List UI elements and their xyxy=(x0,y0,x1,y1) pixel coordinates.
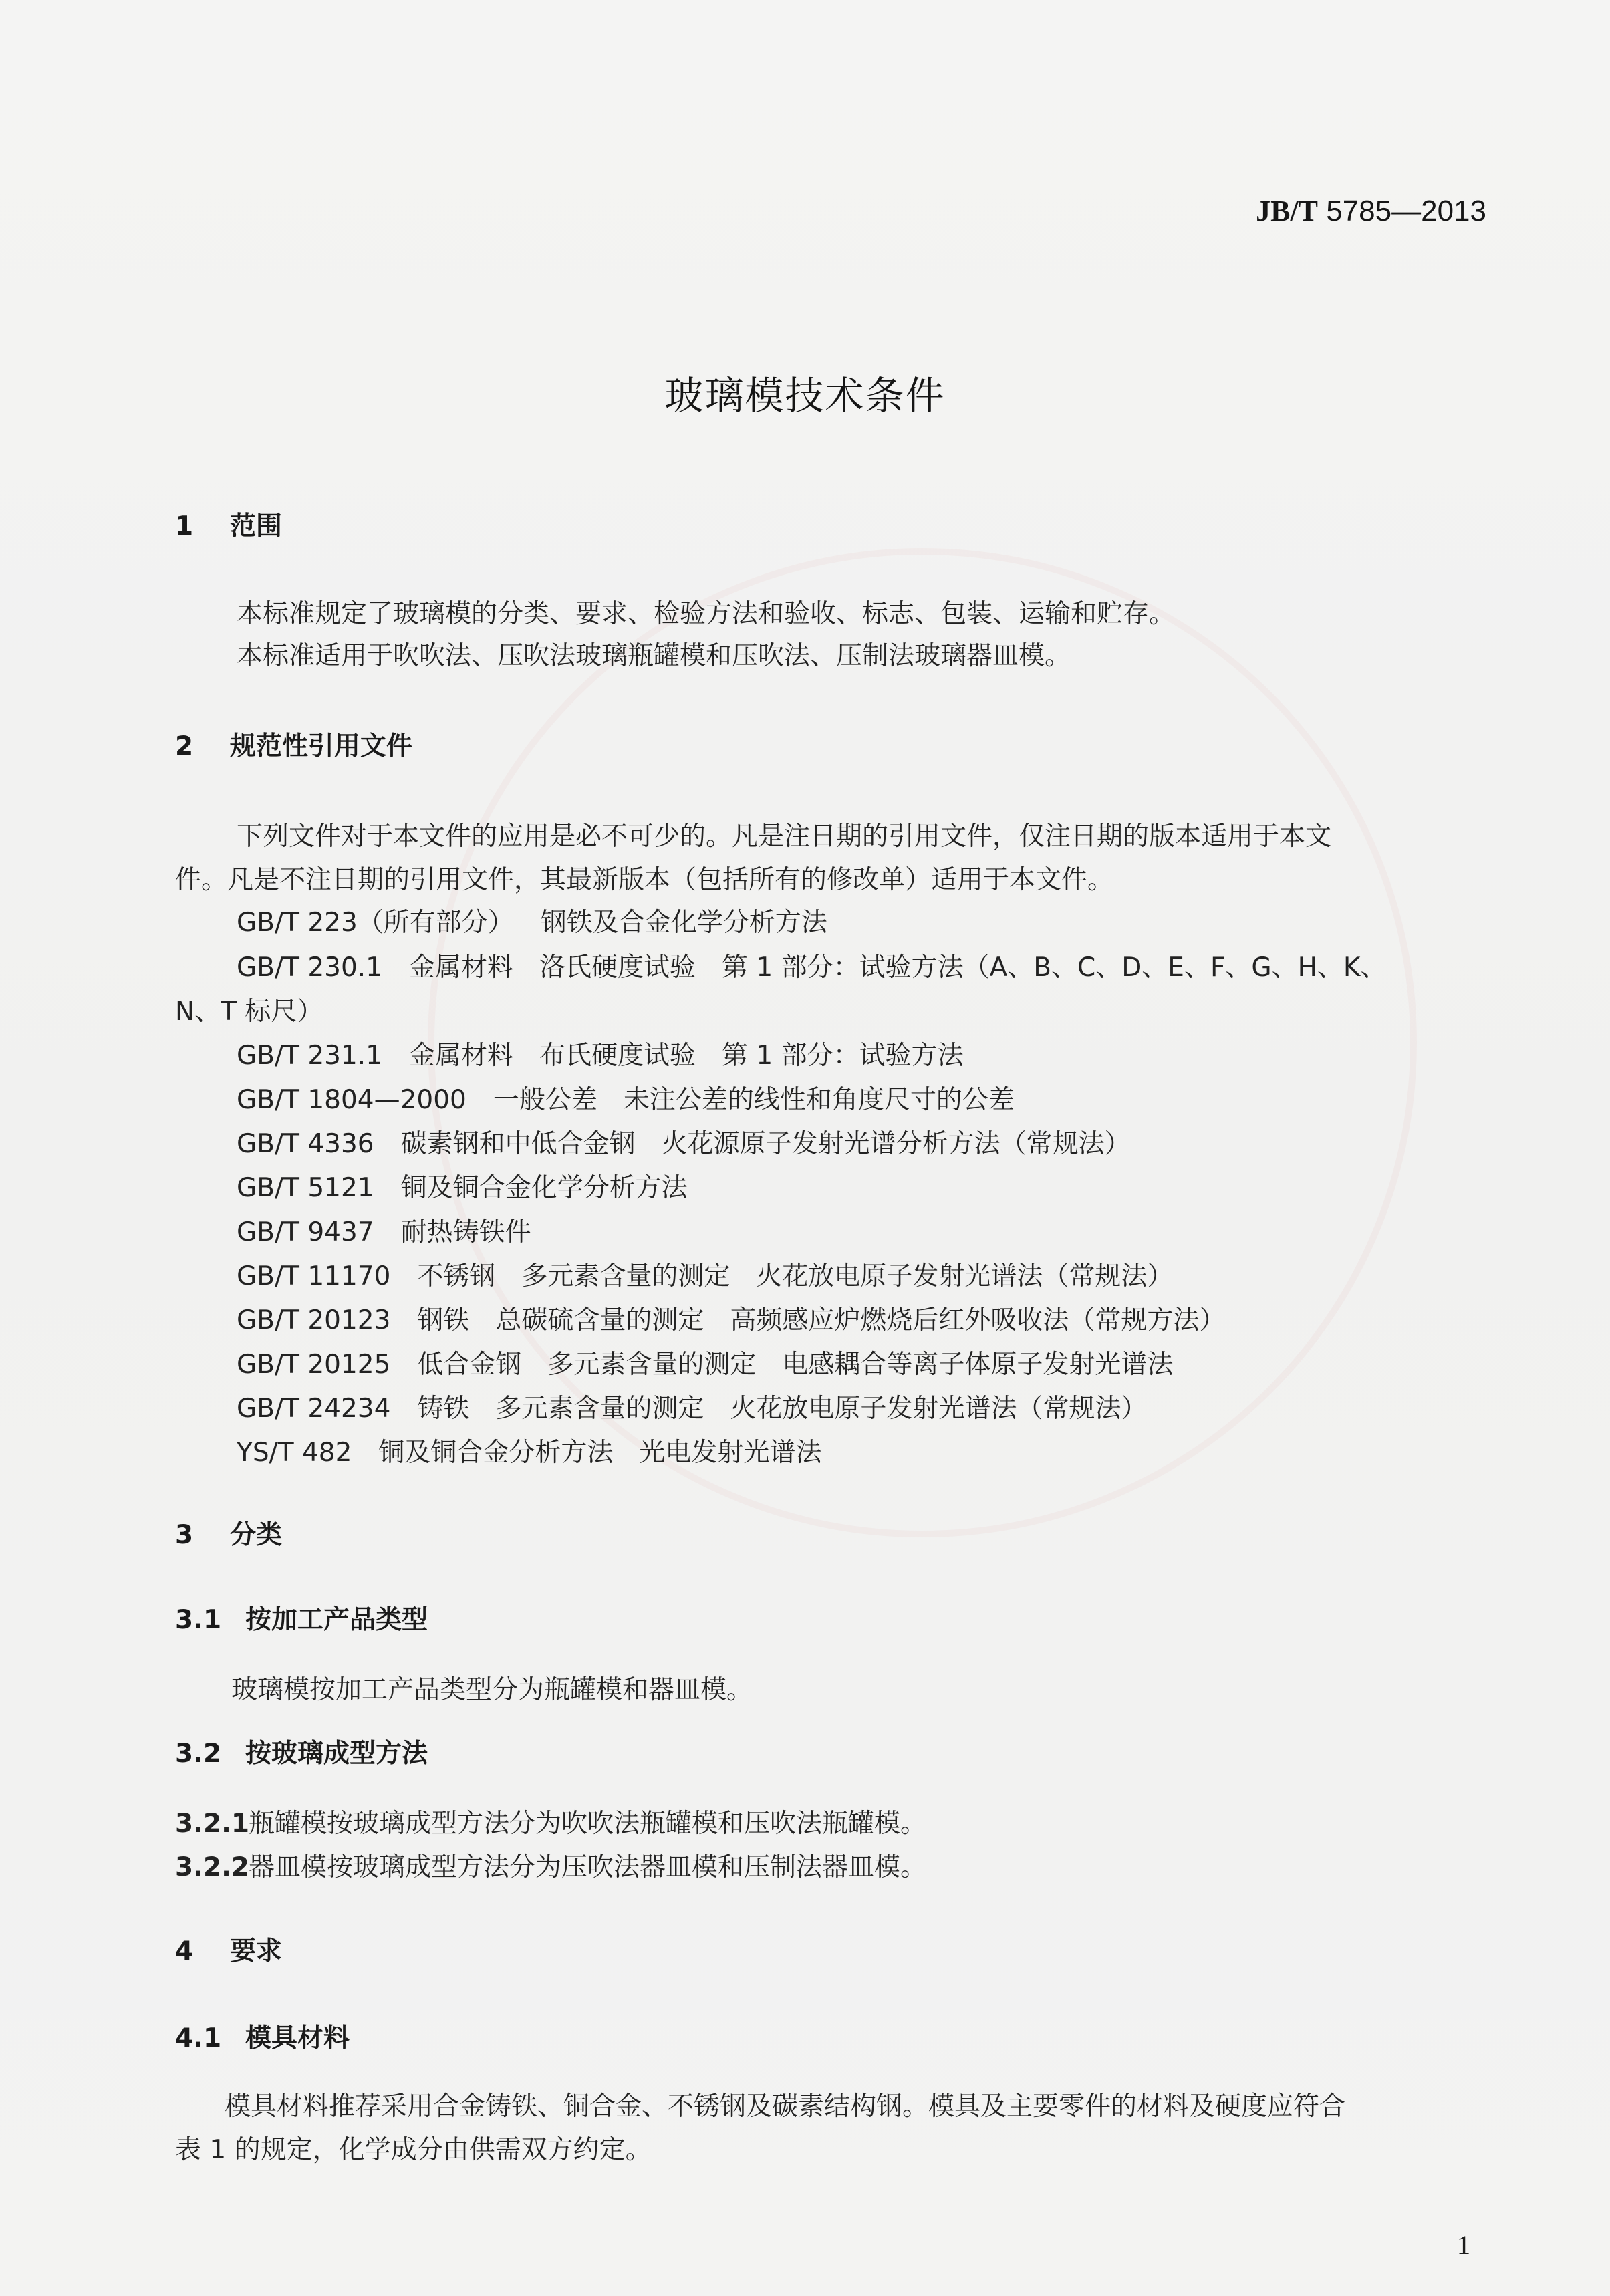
reference-item: GB/T 11170不锈钢 多元素含量的测定 火花放电原子发射光谱法（常规法） xyxy=(237,1255,1173,1293)
standard-number: 5785—2013 xyxy=(1326,195,1486,227)
section-number: 2 xyxy=(175,731,230,761)
reference-title: 铜及铜合金化学分析方法 xyxy=(401,1173,688,1203)
section-number: 3.2 xyxy=(175,1739,245,1769)
reference-item: GB/T 20125低合金钢 多元素含量的测定 电感耦合等离子体原子发射光谱法 xyxy=(237,1344,1173,1381)
reference-title: 低合金钢 多元素含量的测定 电感耦合等离子体原子发射光谱法 xyxy=(417,1350,1173,1380)
reference-item: GB/T 5121铜及铜合金化学分析方法 xyxy=(237,1167,688,1204)
section-number: 3 xyxy=(175,1520,230,1550)
section-2-heading: 2规范性引用文件 xyxy=(175,725,412,763)
reference-code: GB/T 20125 xyxy=(237,1350,390,1380)
section-title: 按加工产品类型 xyxy=(245,1605,428,1635)
reference-item: GB/T 20123钢铁 总碳硫含量的测定 高频感应炉燃烧后红外吸收法（常规方法… xyxy=(237,1299,1225,1337)
section-4-heading: 4要求 xyxy=(175,1930,282,1968)
reference-code: GB/T 20123 xyxy=(237,1305,390,1335)
reference-continuation: N、T 标尺） xyxy=(175,991,323,1028)
reference-item: GB/T 231.1金属材料 布氏硬度试验 第 1 部分：试验方法 xyxy=(237,1035,964,1072)
document-page: JB/T 5785—2013 玻璃模技术条件 1范围 本标准规定了玻璃模的分类、… xyxy=(0,0,1610,2296)
scope-paragraph-2: 本标准适用于吹吹法、压吹法玻璃瓶罐模和压吹法、压制法玻璃器皿模。 xyxy=(237,635,1071,672)
reference-title: 铜及铜合金分析方法 光电发射光谱法 xyxy=(378,1438,821,1468)
reference-code: GB/T 231.1 xyxy=(237,1041,382,1071)
reference-title: 一般公差 未注公差的线性和角度尺寸的公差 xyxy=(493,1085,1015,1115)
reference-code: GB/T 5121 xyxy=(237,1173,374,1203)
item-number: 3.2.2 xyxy=(175,1852,249,1882)
reference-item: GB/T 4336碳素钢和中低合金钢 火花源原子发射光谱分析方法（常规法） xyxy=(237,1123,1131,1160)
reference-title: 碳素钢和中低合金钢 火花源原子发射光谱分析方法（常规法） xyxy=(401,1129,1131,1159)
standard-prefix: JB/T xyxy=(1256,195,1318,227)
reference-item: GB/T 1804—2000一般公差 未注公差的线性和角度尺寸的公差 xyxy=(237,1079,1015,1116)
reference-code: GB/T 223（所有部分） xyxy=(237,902,514,939)
section-number: 4 xyxy=(175,1936,230,1966)
reference-item: GB/T 24234铸铁 多元素含量的测定 火花放电原子发射光谱法（常规法） xyxy=(237,1388,1147,1425)
section-3-1-text: 玻璃模按加工产品类型分为瓶罐模和器皿模。 xyxy=(231,1669,753,1706)
reference-title: 钢铁及合金化学分析方法 xyxy=(541,908,827,938)
section-title: 要求 xyxy=(230,1936,282,1966)
section-title: 模具材料 xyxy=(245,2023,350,2053)
section-4-1-heading: 4.1模具材料 xyxy=(175,2017,350,2055)
section-3-1-heading: 3.1按加工产品类型 xyxy=(175,1599,428,1636)
section-title: 规范性引用文件 xyxy=(230,731,412,761)
section-title: 按玻璃成型方法 xyxy=(245,1739,428,1769)
reference-code: GB/T 9437 xyxy=(237,1217,374,1247)
section-4-1-line-1: 模具材料推荐采用合金铸铁、铜合金、不锈钢及碳素结构钢。模具及主要零件的材料及硬度… xyxy=(225,2085,1345,2123)
reference-item: GB/T 9437耐热铸铁件 xyxy=(237,1211,531,1249)
reference-code: GB/T 24234 xyxy=(237,1394,390,1424)
document-title: 玻璃模技术条件 xyxy=(0,364,1610,420)
scope-paragraph-1: 本标准规定了玻璃模的分类、要求、检验方法和验收、标志、包装、运输和贮存。 xyxy=(237,593,1175,630)
reference-title: 耐热铸铁件 xyxy=(401,1217,531,1247)
reference-title: 金属材料 洛氏硬度试验 第 1 部分：试验方法（A、B、C、D、E、F、G、H、… xyxy=(409,952,1387,983)
section-number: 3.1 xyxy=(175,1605,245,1635)
page-number: 1 xyxy=(1457,2229,1470,2261)
reference-item: GB/T 230.1金属材料 洛氏硬度试验 第 1 部分：试验方法（A、B、C、… xyxy=(237,946,1387,984)
reference-title: 钢铁 总碳硫含量的测定 高频感应炉燃烧后红外吸收法（常规方法） xyxy=(417,1305,1225,1335)
reference-title: 不锈钢 多元素含量的测定 火花放电原子发射光谱法（常规法） xyxy=(417,1261,1173,1291)
section-number: 4.1 xyxy=(175,2023,245,2053)
section-title: 分类 xyxy=(230,1520,282,1550)
section-4-1-line-2: 表 1 的规定，化学成分由供需双方约定。 xyxy=(175,2129,652,2166)
item-text: 器皿模按玻璃成型方法分为压吹法器皿模和压制法器皿模。 xyxy=(249,1852,926,1882)
section-3-2-1-item: 3.2.1瓶罐模按玻璃成型方法分为吹吹法瓶罐模和压吹法瓶罐模。 xyxy=(175,1803,926,1840)
reference-code: GB/T 230.1 xyxy=(237,952,382,983)
section-3-2-heading: 3.2按玻璃成型方法 xyxy=(175,1733,428,1770)
reference-code: GB/T 1804—2000 xyxy=(237,1085,466,1115)
reference-code: GB/T 4336 xyxy=(237,1129,374,1159)
section-3-heading: 3分类 xyxy=(175,1514,282,1551)
reference-code: YS/T 482 xyxy=(237,1438,352,1468)
item-text: 瓶罐模按玻璃成型方法分为吹吹法瓶罐模和压吹法瓶罐模。 xyxy=(249,1809,926,1839)
standard-number-header: JB/T 5785—2013 xyxy=(1256,194,1486,228)
item-number: 3.2.1 xyxy=(175,1809,249,1839)
section-title: 范围 xyxy=(230,511,282,541)
section-3-2-2-item: 3.2.2器皿模按玻璃成型方法分为压吹法器皿模和压制法器皿模。 xyxy=(175,1846,926,1884)
reference-item: YS/T 482铜及铜合金分析方法 光电发射光谱法 xyxy=(237,1432,821,1469)
reference-title: 金属材料 布氏硬度试验 第 1 部分：试验方法 xyxy=(409,1041,964,1071)
reference-title: 铸铁 多元素含量的测定 火花放电原子发射光谱法（常规法） xyxy=(417,1394,1147,1424)
reference-item: GB/T 223（所有部分）钢铁及合金化学分析方法 xyxy=(237,902,827,939)
references-intro-line-1: 下列文件对于本文件的应用是必不可少的。凡是注日期的引用文件，仅注日期的版本适用于… xyxy=(237,815,1331,853)
references-intro-line-2: 件。凡是不注日期的引用文件，其最新版本（包括所有的修改单）适用于本文件。 xyxy=(175,859,1113,896)
reference-code: GB/T 11170 xyxy=(237,1261,390,1291)
section-1-heading: 1范围 xyxy=(175,505,282,543)
section-number: 1 xyxy=(175,511,230,541)
